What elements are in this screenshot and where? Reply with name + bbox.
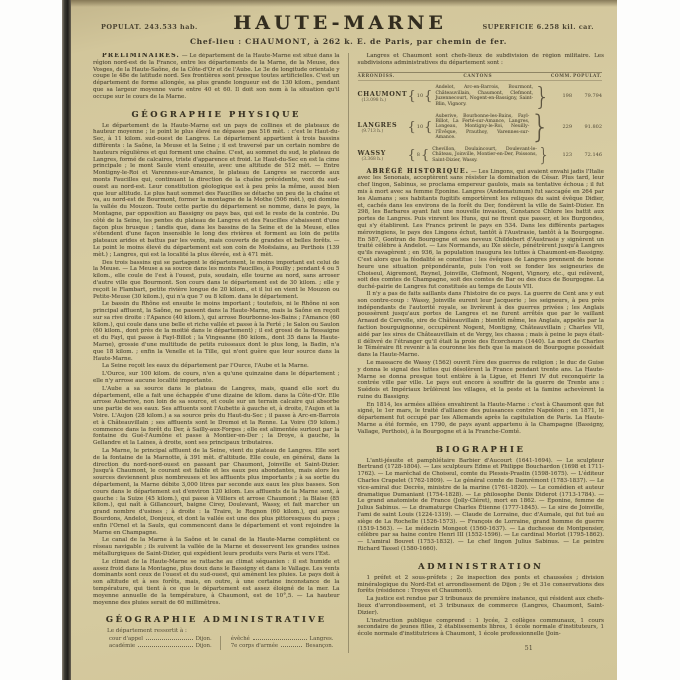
population-count: 72.146 bbox=[572, 152, 602, 158]
geographie-administrative-block: GÉOGRAPHIE ADMINISTRATIVE Le département… bbox=[93, 606, 340, 653]
table-row: CHAUMONT (13.098 h.) 10 Andelot, Arc-en-… bbox=[358, 84, 603, 109]
table-body: CHAUMONT (13.098 h.) 10 Andelot, Arc-en-… bbox=[358, 84, 603, 165]
abrege-historique-lead: ABRÉGÉ HISTORIQUE. bbox=[367, 168, 470, 175]
arrondissement-name-cell: WASSY (3.368 h.) bbox=[358, 149, 406, 162]
section-heading-geographie-administrative: GÉOGRAPHIE ADMINISTRATIVE bbox=[93, 614, 340, 624]
right-bottom-block: BIOGRAPHIE L'anti-jésuite et pamphlétair… bbox=[358, 436, 605, 653]
arrondissement-town-population: (9.713 h.) bbox=[362, 129, 406, 134]
preliminaires-paragraph: PRÉLIMINAIRES. — Le département de la Ha… bbox=[93, 53, 340, 101]
masthead: POPULAT. 243.533 hab. HAUTE-MARNE SUPERF… bbox=[93, 10, 604, 34]
cantons-list: Auberive, Bourbonne-les-Bains, Fayl-Bill… bbox=[434, 114, 530, 141]
historique-body: Il n'y a pas de faits saillants dans l'h… bbox=[358, 291, 605, 436]
right-column: Langres et Chaumont sont chefs-lieux de … bbox=[349, 53, 605, 653]
population-count: 91.802 bbox=[572, 124, 602, 130]
paragraph: La Seine reçoit les eaux du département … bbox=[93, 363, 340, 370]
communes-count: 198 bbox=[552, 93, 572, 99]
arrondissement-name: CHAUMONT bbox=[358, 90, 406, 98]
geo-admin-label: 7e corps d'armée bbox=[231, 643, 278, 650]
canton-count: 10 bbox=[408, 89, 433, 104]
brace-icon: } bbox=[538, 146, 550, 165]
abrege-historique-paragraph: ABRÉGÉ HISTORIQUE. — Les Lingons, qui av… bbox=[358, 169, 605, 291]
population-count: 79.794 bbox=[572, 93, 602, 99]
section-heading-geographie-physique: GÉOGRAPHIE PHYSIQUE bbox=[93, 109, 340, 119]
chef-lieu-rest: , à 262 k. E. de Paris, par chemin de fe… bbox=[307, 37, 507, 46]
header-communes: COMM. bbox=[550, 74, 572, 79]
section-heading-biographie: BIOGRAPHIE bbox=[358, 444, 605, 454]
canton-count: 8 bbox=[408, 148, 430, 163]
header-population: POPULAT. bbox=[572, 74, 602, 79]
cantons-list: Chevillon, Doulaincourt, Doulevant-le-Ch… bbox=[431, 147, 538, 163]
table-row: WASSY (3.368 h.) 8 Chevillon, Doulaincou… bbox=[358, 146, 603, 165]
arrondissement-name: WASSY bbox=[358, 149, 406, 157]
brace-icon: } bbox=[534, 84, 550, 109]
paragraph: Le canal de la Marne à la Saône et le ca… bbox=[93, 537, 340, 557]
dotted-leader bbox=[138, 646, 192, 647]
page-number: 51 bbox=[406, 638, 605, 652]
biographie-text: L'anti-jésuite et pamphlétaire Barbier d… bbox=[358, 458, 605, 553]
arrondissement-town-population: (3.368 h.) bbox=[362, 157, 406, 162]
administration-body: 1 préfet et 2 sous-préfets ; 2e inspecti… bbox=[358, 575, 605, 638]
left-column: PRÉLIMINAIRES. — Le département de la Ha… bbox=[93, 53, 349, 653]
atlas-page: POPULAT. 243.533 hab. HAUTE-MARNE SUPERF… bbox=[71, 0, 617, 680]
subdivisions-intro: Langres et Chaumont sont chefs-lieux de … bbox=[358, 53, 605, 67]
paragraph: 1 préfet et 2 sous-préfets ; 2e inspecti… bbox=[358, 575, 605, 595]
canton-count-value: 8 bbox=[417, 152, 420, 158]
abrege-historique-text: — Les Lingons, qui avaient envahi jadis … bbox=[358, 169, 605, 291]
chef-lieu-prefix: Chef-lieu : bbox=[190, 37, 245, 46]
paragraph: En 1814, les armées alliées envahirent l… bbox=[358, 402, 605, 436]
paragraph: L'Aube a sa source dans le plateau de La… bbox=[93, 386, 340, 447]
paragraph: Le climat de la Haute-Marne se rattache … bbox=[93, 559, 340, 607]
paragraph: La Marne, le principal affluent de la Se… bbox=[93, 448, 340, 536]
canton-count-value: 10 bbox=[417, 124, 423, 130]
superficie-label: SUPERFICIE 6.258 kil. car. bbox=[482, 23, 594, 31]
arrondissements-table: ARRONDISS. CANTONS COMM. POPULAT. CHAUMO… bbox=[358, 72, 603, 165]
section-heading-administration: ADMINISTRATION bbox=[358, 561, 605, 571]
chef-lieu-name: CHAUMONT bbox=[245, 37, 307, 46]
geographie-physique-body: Le département de la Haute-Marne est un … bbox=[93, 123, 340, 607]
book-spine-edge bbox=[62, 0, 71, 680]
geo-admin-value: Besançon. bbox=[305, 643, 333, 650]
population-label: POPULAT. 243.533 hab. bbox=[101, 23, 198, 31]
arrondissement-town-population: (13.098 h.) bbox=[362, 98, 406, 103]
scanned-page: POPULAT. 243.533 hab. HAUTE-MARNE SUPERF… bbox=[0, 0, 680, 680]
paragraph: Le département de la Haute-Marne est un … bbox=[93, 123, 340, 259]
paragraph: L'Ource, sur 100 kilom. de cours, n'en a… bbox=[93, 371, 340, 385]
geo-admin-intro: Le département ressortit à : bbox=[107, 628, 340, 634]
preliminaires-lead: PRÉLIMINAIRES. bbox=[102, 53, 180, 59]
paragraph: L'instruction publique comprend : 1 lycé… bbox=[358, 618, 605, 638]
canton-count: 10 bbox=[408, 120, 433, 135]
table-row: LANGRES (9.713 h.) 10 Auberive, Bourbonn… bbox=[358, 112, 603, 143]
cantons-list: Andelot, Arc-en-Barrois, Bourmont, Châte… bbox=[434, 85, 534, 107]
table-header-row: ARRONDISS. CANTONS COMM. POPULAT. bbox=[358, 72, 603, 81]
dotted-leader bbox=[146, 639, 193, 640]
paragraph: Le bassin du Rhône est ensuite le moins … bbox=[93, 301, 340, 362]
paragraph: Le massacre de Wassy (1562) ouvrit l'ère… bbox=[358, 360, 605, 401]
chef-lieu-line: Chef-lieu : CHAUMONT, à 262 k. E. de Par… bbox=[93, 37, 604, 46]
geo-admin-item: académie Dijon. bbox=[109, 643, 212, 650]
canton-count-value: 10 bbox=[417, 93, 423, 99]
paragraph: La justice est rendue par 3 tribunaux de… bbox=[358, 596, 605, 616]
paragraph: Il n'y a pas de faits saillants dans l'h… bbox=[358, 291, 605, 359]
geo-admin-value: Dijon. bbox=[196, 643, 212, 650]
arrondissement-name: LANGRES bbox=[358, 121, 406, 129]
geo-admin-label: académie bbox=[109, 643, 135, 650]
preliminaires-text: — Le département de la Haute-Marne est s… bbox=[93, 53, 340, 100]
geo-admin-item: 7e corps d'armée Besançon. bbox=[231, 643, 334, 650]
dotted-leader bbox=[281, 646, 302, 647]
geo-admin-value: Dijon. bbox=[196, 636, 212, 643]
geo-admin-value: Langres. bbox=[310, 636, 334, 643]
communes-count: 229 bbox=[552, 124, 572, 130]
communes-count: 123 bbox=[552, 152, 572, 158]
paragraph: Des trois bassins qui se partagent le dé… bbox=[93, 260, 340, 301]
arrondissement-name-cell: LANGRES (9.713 h.) bbox=[358, 121, 406, 134]
page-title: HAUTE-MARNE bbox=[233, 12, 447, 34]
dotted-leader bbox=[253, 639, 307, 640]
geo-admin-list-right: évêché Langres. 7e corps d'armée Besanço… bbox=[220, 636, 334, 650]
header-cantons: CANTONS bbox=[406, 74, 551, 79]
geo-admin-list-left: cour d'appel Dijon. académie Dijon. bbox=[109, 636, 212, 650]
brace-icon: } bbox=[530, 112, 550, 143]
arrondissement-name-cell: CHAUMONT (13.098 h.) bbox=[358, 90, 406, 103]
header-arrondiss: ARRONDISS. bbox=[358, 74, 406, 79]
